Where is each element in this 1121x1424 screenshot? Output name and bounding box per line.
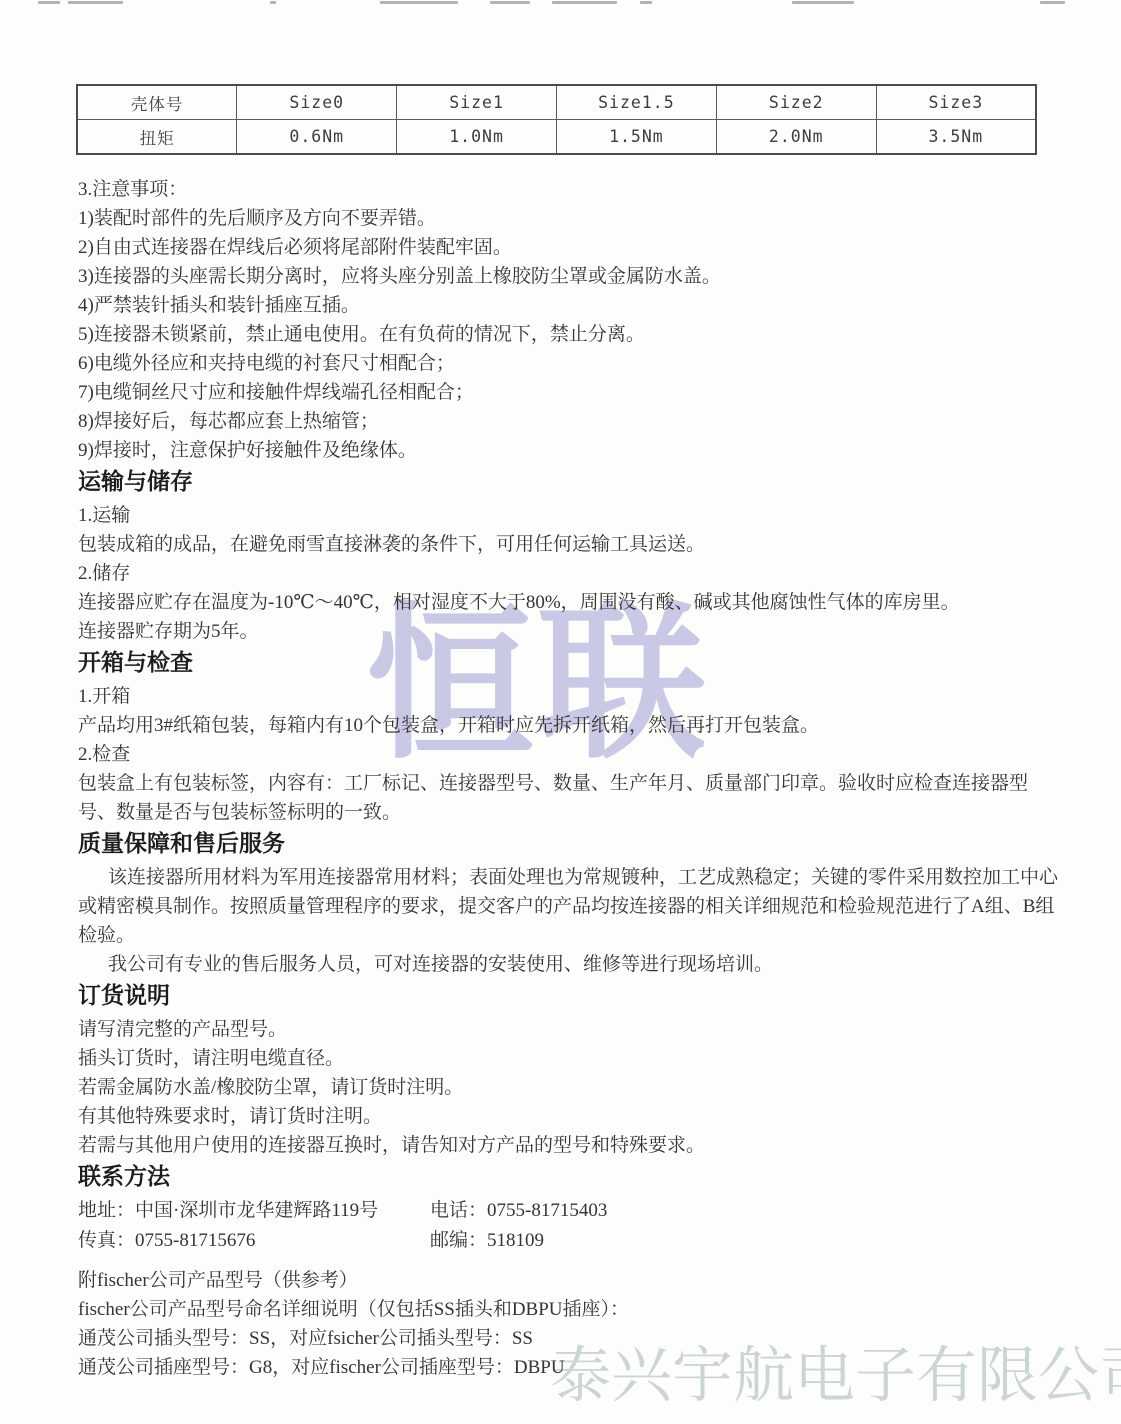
note-item: 9)焊接时，注意保护好接触件及绝缘体。 — [78, 436, 1061, 465]
text-fragment — [552, 1, 617, 4]
document-page: 恒联 泰兴宇航电子有限公司 壳体号 Size0 Size1 Size1.5 Si… — [0, 0, 1121, 1424]
body-line: 1.开箱 — [78, 682, 1061, 711]
body-line: 附fischer公司产品型号（供参考） — [78, 1266, 1061, 1295]
body-line: 若需金属防水盖/橡胶防尘罩，请订货时注明。 — [78, 1073, 1061, 1102]
body-paragraph: 我公司有专业的售后服务人员，可对连接器的安装使用、维修等进行现场培训。 — [78, 950, 1061, 979]
body-line: 插头订货时，请注明电缆直径。 — [78, 1044, 1061, 1073]
notes-section: 3.注意事项： 1)装配时部件的先后顺序及方向不要弄错。 2)自由式连接器在焊线… — [78, 175, 1061, 465]
table-header-cell: Size2 — [716, 85, 876, 120]
body-line: 包装盒上有包装标签，内容有：工厂标记、连接器型号、数量、生产年月、质量部门印章。… — [78, 769, 1061, 827]
body-line: 连接器应贮存在温度为-10℃～40℃，相对湿度不大于80%，周围没有酸、碱或其他… — [78, 588, 1061, 617]
note-item: 4)严禁装针插头和装针插座互插。 — [78, 291, 1061, 320]
text-fragment — [38, 1, 60, 4]
contact-section: 地址：中国·深圳市龙华建辉路119号 电话：0755-81715403 传真：0… — [78, 1196, 1061, 1256]
fischer-reference-section: 附fischer公司产品型号（供参考） fischer公司产品型号命名详细说明（… — [78, 1266, 1061, 1382]
table-header-cell: Size0 — [237, 85, 397, 120]
table-data-cell: 扭矩 — [77, 120, 237, 155]
note-item: 5)连接器未锁紧前，禁止通电使用。在有负荷的情况下，禁止分离。 — [78, 320, 1061, 349]
contact-row: 传真：0755-81715676 邮编：518109 — [78, 1226, 1061, 1256]
text-fragment — [68, 1, 123, 4]
note-item: 1)装配时部件的先后顺序及方向不要弄错。 — [78, 204, 1061, 233]
body-line: 1.运输 — [78, 501, 1061, 530]
body-line: 通茂公司插座型号：G8，对应fischer公司插座型号：DBPU — [78, 1353, 1061, 1382]
table-header-cell: 壳体号 — [77, 85, 237, 120]
contact-row: 地址：中国·深圳市龙华建辉路119号 电话：0755-81715403 — [78, 1196, 1061, 1226]
body-line: fischer公司产品型号命名详细说明（仅包括SS插头和DBPU插座）： — [78, 1295, 1061, 1324]
section-heading-transport-storage: 运输与储存 — [78, 465, 1061, 497]
body-line: 连接器贮存期为5年。 — [78, 617, 1061, 646]
note-item: 7)电缆铜丝尺寸应和接触件焊线端孔径相配合； — [78, 378, 1061, 407]
text-fragment — [380, 1, 458, 4]
text-fragment — [490, 1, 530, 4]
note-item: 6)电缆外径应和夹持电缆的衬套尺寸相配合； — [78, 349, 1061, 378]
contact-postcode: 邮编：518109 — [430, 1226, 544, 1256]
torque-table-header-row: 壳体号 Size0 Size1 Size1.5 Size2 Size3 — [77, 85, 1036, 120]
section-heading-unpack-inspect: 开箱与检查 — [78, 646, 1061, 678]
contact-fax: 传真：0755-81715676 — [78, 1226, 430, 1256]
table-data-cell: 1.5Nm — [556, 120, 716, 155]
text-fragment — [792, 1, 854, 4]
body-line: 有其他特殊要求时，请订货时注明。 — [78, 1102, 1061, 1131]
text-fragment — [640, 1, 652, 4]
notes-title: 3.注意事项： — [78, 175, 1061, 204]
transport-storage-section: 1.运输 包装成箱的成品，在避免雨雪直接淋袭的条件下，可用任何运输工具运送。 2… — [78, 501, 1061, 646]
table-header-cell: Size1 — [397, 85, 557, 120]
section-heading-ordering: 订货说明 — [78, 979, 1061, 1011]
body-paragraph: 该连接器所用材料为军用连接器常用材料；表面处理也为常规镀种，工艺成熟稳定；关键的… — [78, 863, 1061, 950]
body-line: 包装成箱的成品，在避免雨雪直接淋袭的条件下，可用任何运输工具运送。 — [78, 530, 1061, 559]
text-fragment — [1040, 1, 1065, 4]
unpack-inspect-section: 1.开箱 产品均用3#纸箱包装，每箱内有10个包装盒，开箱时应先拆开纸箱，然后再… — [78, 682, 1061, 827]
body-line: 若需与其他用户使用的连接器互换时，请告知对方产品的型号和特殊要求。 — [78, 1131, 1061, 1160]
text-fragment — [270, 1, 276, 4]
table-header-cell: Size1.5 — [556, 85, 716, 120]
note-item: 8)焊接好后，每芯都应套上热缩管； — [78, 407, 1061, 436]
quality-service-section: 该连接器所用材料为军用连接器常用材料；表面处理也为常规镀种，工艺成熟稳定；关键的… — [78, 863, 1061, 979]
contact-address: 地址：中国·深圳市龙华建辉路119号 — [78, 1196, 430, 1226]
note-item: 2)自由式连接器在焊线后必须将尾部附件装配牢固。 — [78, 233, 1061, 262]
table-data-cell: 2.0Nm — [716, 120, 876, 155]
body-line: 产品均用3#纸箱包装，每箱内有10个包装盒，开箱时应先拆开纸箱，然后再打开包装盒… — [78, 711, 1061, 740]
table-data-cell: 1.0Nm — [397, 120, 557, 155]
contact-phone: 电话：0755-81715403 — [430, 1196, 607, 1226]
cut-off-text-fragments — [0, 0, 1121, 10]
torque-table-data-row: 扭矩 0.6Nm 1.0Nm 1.5Nm 2.0Nm 3.5Nm — [77, 120, 1036, 155]
table-data-cell: 3.5Nm — [876, 120, 1036, 155]
table-data-cell: 0.6Nm — [237, 120, 397, 155]
table-header-cell: Size3 — [876, 85, 1036, 120]
note-item: 3)连接器的头座需长期分离时，应将头座分别盖上橡胶防尘罩或金属防水盖。 — [78, 262, 1061, 291]
body-line: 2.储存 — [78, 559, 1061, 588]
document-content: 壳体号 Size0 Size1 Size1.5 Size2 Size3 扭矩 0… — [0, 84, 1121, 1382]
section-heading-quality-service: 质量保障和售后服务 — [78, 827, 1061, 859]
section-heading-contact: 联系方法 — [78, 1160, 1061, 1192]
body-line: 2.检查 — [78, 740, 1061, 769]
body-line: 通茂公司插头型号：SS，对应fsicher公司插头型号：SS — [78, 1324, 1061, 1353]
torque-table: 壳体号 Size0 Size1 Size1.5 Size2 Size3 扭矩 0… — [76, 84, 1037, 155]
ordering-section: 请写清完整的产品型号。 插头订货时，请注明电缆直径。 若需金属防水盖/橡胶防尘罩… — [78, 1015, 1061, 1160]
body-line: 请写清完整的产品型号。 — [78, 1015, 1061, 1044]
